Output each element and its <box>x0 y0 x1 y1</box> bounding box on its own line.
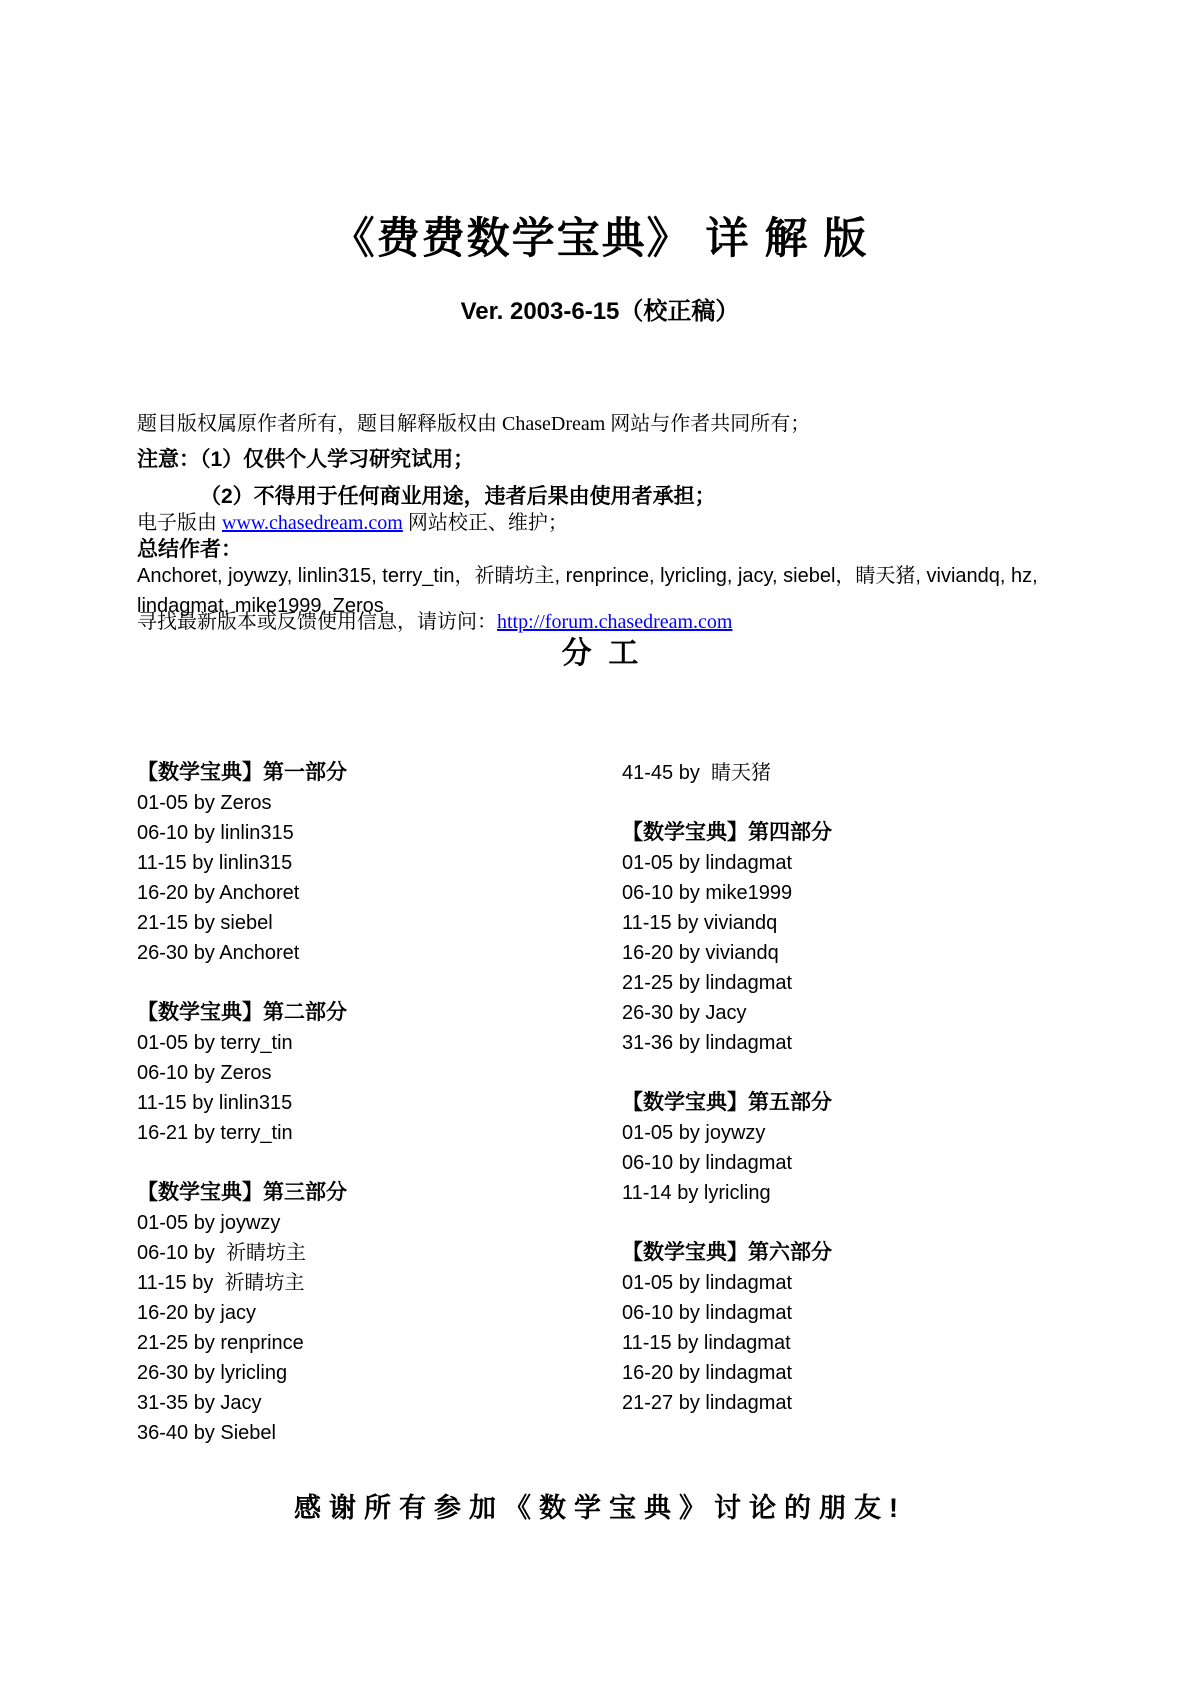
assignments-left-column: 【数学宝典】第一部分01-05 by Zeros06-10 by linlin3… <box>137 758 607 1448</box>
assignment-item: 01-05 by lindagmat <box>622 848 1092 878</box>
assignment-item: 11-14 by lyricling <box>622 1178 1092 1208</box>
authors-heading: 总结作者： <box>137 533 242 563</box>
assignment-item: 31-36 by lindagmat <box>622 1028 1092 1058</box>
assignment-item: 01-05 by terry_tin <box>137 1028 607 1058</box>
blank-line <box>137 1148 607 1178</box>
section-heading: 【数学宝典】第三部分 <box>137 1178 607 1208</box>
assignment-item: 16-20 by Anchoret <box>137 878 607 908</box>
assignment-item: 31-35 by Jacy <box>137 1388 607 1418</box>
assignment-item: 01-05 by joywzy <box>622 1118 1092 1148</box>
assignment-item: 11-15 by linlin315 <box>137 848 607 878</box>
copyright-line-1-text: 题目版权属原作者所有，题目解释版权由 ChaseDream 网站与作者共同所有； <box>137 413 810 435</box>
assignment-item: 21-15 by siebel <box>137 908 607 938</box>
assignment-item: 06-10 by lindagmat <box>622 1148 1092 1178</box>
assignment-item: 16-21 by terry_tin <box>137 1118 607 1148</box>
assignment-item: 11-15 by viviandq <box>622 908 1092 938</box>
division-of-work-heading: 分 工 <box>0 628 1200 672</box>
assignment-item: 06-10 by lindagmat <box>622 1298 1092 1328</box>
notice-line-1: 注意：（1）仅供个人学习研究试用； <box>137 443 474 473</box>
copyright-line-2-pre: 电子版由 <box>137 512 222 534</box>
blank-line <box>137 968 607 998</box>
authors-list: Anchoret, joywzy, linlin315, terry_tin，祈… <box>137 561 1072 621</box>
page-title: 《费费数学宝典》 详 解 版 <box>0 205 1200 266</box>
thanks-footer: 感谢所有参加《数学宝典》讨论的朋友! <box>0 1486 1200 1525</box>
assignment-item: 11-15 by 祈睛坊主 <box>137 1268 607 1298</box>
blank-line <box>622 1208 1092 1238</box>
section-heading: 【数学宝典】第一部分 <box>137 758 607 788</box>
assignment-item: 06-10 by linlin315 <box>137 818 607 848</box>
assignment-item: 01-05 by lindagmat <box>622 1268 1092 1298</box>
assignment-item: 16-20 by jacy <box>137 1298 607 1328</box>
assignment-item: 21-25 by renprince <box>137 1328 607 1358</box>
assignment-item: 26-30 by lyricling <box>137 1358 607 1388</box>
section-heading: 【数学宝典】第四部分 <box>622 818 1092 848</box>
assignment-item: 11-15 by linlin315 <box>137 1088 607 1118</box>
document-page: 《费费数学宝典》 详 解 版 Ver. 2003-6-15（校正稿） 题目版权属… <box>0 0 1200 1698</box>
assignment-item: 26-30 by Anchoret <box>137 938 607 968</box>
assignment-item: 36-40 by Siebel <box>137 1418 607 1448</box>
assignment-item: 06-10 by Zeros <box>137 1058 607 1088</box>
assignment-item: 16-20 by viviandq <box>622 938 1092 968</box>
assignment-item: 01-05 by Zeros <box>137 788 607 818</box>
assignment-item: 06-10 by mike1999 <box>622 878 1092 908</box>
blank-line <box>622 1058 1092 1088</box>
blank-line <box>622 788 1092 818</box>
copyright-line-2-post: 网站校正、维护； <box>403 512 568 534</box>
copyright-line-2: 电子版由 www.chasedream.com 网站校正、维护； <box>137 507 1087 540</box>
notice-line-2: （2）不得用于任何商业用途，违者后果由使用者承担； <box>200 480 716 510</box>
chasedream-site-link[interactable]: www.chasedream.com <box>222 512 403 534</box>
assignment-item: 01-05 by joywzy <box>137 1208 607 1238</box>
assignments-right-column: 41-45 by 睛天猪 【数学宝典】第四部分01-05 by lindagma… <box>622 758 1092 1418</box>
copyright-line-1: 题目版权属原作者所有，题目解释版权由 ChaseDream 网站与作者共同所有； <box>137 408 1087 441</box>
version-line: Ver. 2003-6-15（校正稿） <box>0 291 1200 326</box>
section-heading: 【数学宝典】第二部分 <box>137 998 607 1028</box>
assignment-item: 21-27 by lindagmat <box>622 1388 1092 1418</box>
assignment-item: 26-30 by Jacy <box>622 998 1092 1028</box>
section-heading: 【数学宝典】第五部分 <box>622 1088 1092 1118</box>
assignment-item: 06-10 by 祈睛坊主 <box>137 1238 607 1268</box>
assignment-item: 21-25 by lindagmat <box>622 968 1092 998</box>
assignment-item: 11-15 by lindagmat <box>622 1328 1092 1358</box>
section-heading: 【数学宝典】第六部分 <box>622 1238 1092 1268</box>
assignment-item: 41-45 by 睛天猪 <box>622 758 1092 788</box>
assignment-item: 16-20 by lindagmat <box>622 1358 1092 1388</box>
